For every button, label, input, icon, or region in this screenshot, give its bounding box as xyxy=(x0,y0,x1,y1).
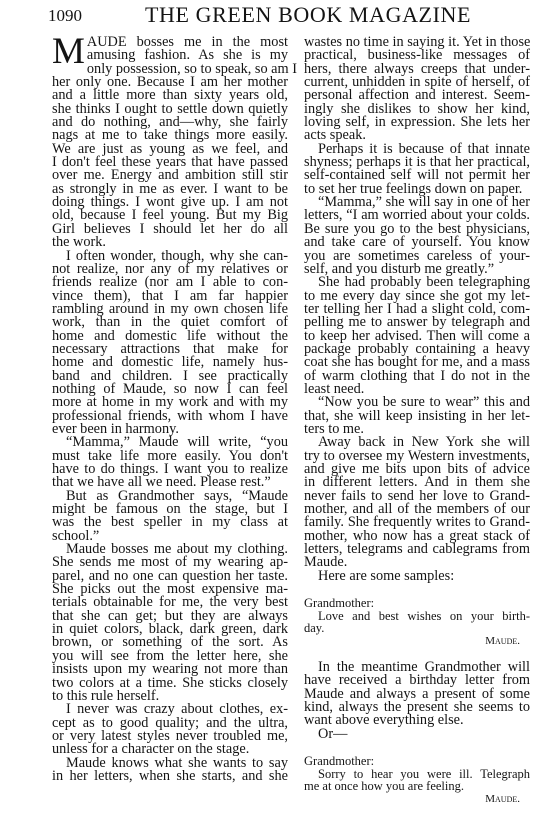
page-number: 1090 xyxy=(48,6,82,26)
left-column: M AUDE bosses me in the mostamusing fash… xyxy=(52,36,288,783)
letter-body: day. xyxy=(304,622,530,635)
letter-salutation: Grandmother: xyxy=(304,597,530,610)
letter-signature: Maude. xyxy=(304,635,530,648)
right-column: wastes no time in saying it. Yet in thos… xyxy=(304,36,530,805)
page-header: 1090 THE GREEN BOOK MAGAZINE xyxy=(0,2,554,30)
text-line: Here are some samples: xyxy=(304,570,530,583)
letter-signature: Maude. xyxy=(304,793,530,806)
text-line: Or— xyxy=(304,728,530,741)
drop-cap: M xyxy=(52,38,85,66)
letter-salutation: Grandmother: xyxy=(304,755,530,768)
sample-letter: Grandmother:Love and best wishes on your… xyxy=(304,597,530,647)
letter-body: me at once how you are feeling. xyxy=(304,780,530,793)
magazine-title: THE GREEN BOOK MAGAZINE xyxy=(145,2,471,28)
sample-letter: Grandmother:Sorry to hear you were ill. … xyxy=(304,755,530,805)
letter-body: Love and best wishes on your birth- xyxy=(304,610,530,623)
text-line: in her letters, when she starts, and she xyxy=(52,770,288,783)
